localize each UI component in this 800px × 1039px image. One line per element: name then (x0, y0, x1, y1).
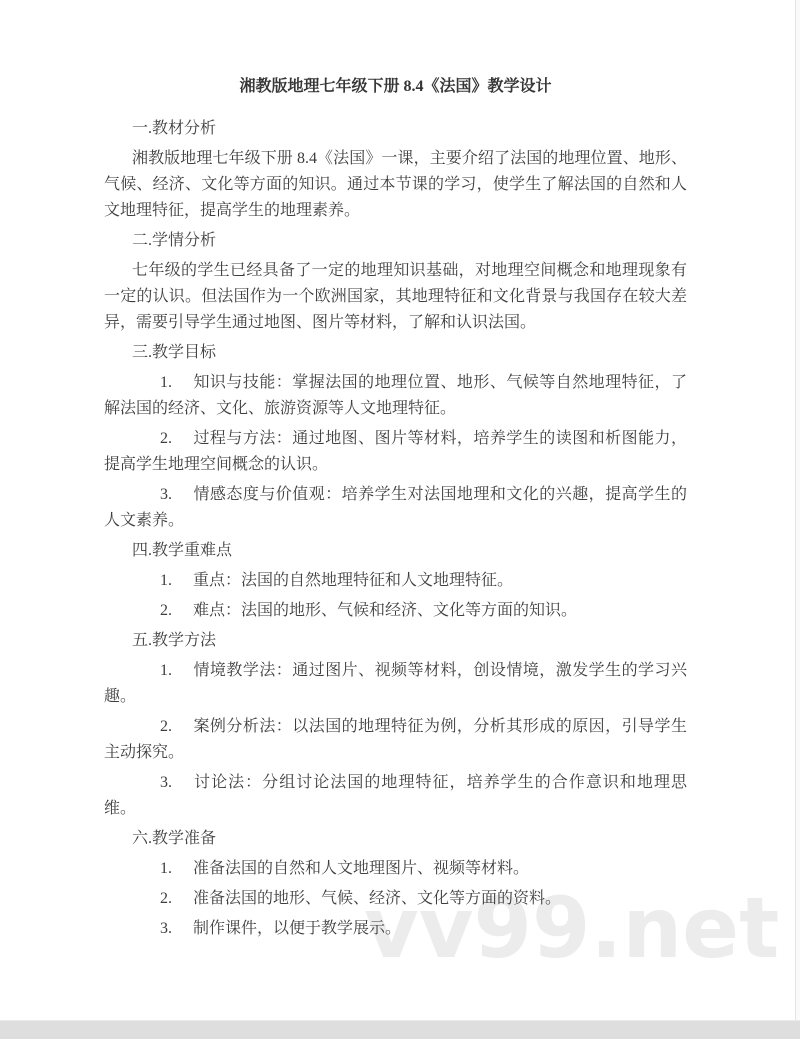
list-item: 3.情感态度与价值观：培养学生对法国地理和文化的兴趣，提高学生的人文素养。 (104, 482, 687, 534)
list-number: 3. (160, 482, 193, 508)
document-page[interactable]: vv99.net 湘教版地理七年级下册 8.4《法国》教学设计 一.教材分析 湘… (0, 0, 796, 1021)
list-number: 3. (160, 916, 193, 942)
section-heading-2: 二.学情分析 (132, 228, 687, 254)
list-item: 1.准备法国的自然和人文地理图片、视频等材料。 (104, 856, 687, 882)
list-item-text: 重点：法国的自然地理特征和人文地理特征。 (193, 572, 513, 589)
paragraph: 湘教版地理七年级下册 8.4《法国》一课，主要介绍了法国的地理位置、地形、气候、… (104, 146, 687, 224)
list-item-text: 难点：法国的地形、气候和经济、文化等方面的知识。 (193, 602, 577, 619)
list-item: 1.知识与技能：掌握法国的地理位置、地形、气候等自然地理特征，了解法国的经济、文… (104, 370, 687, 422)
list-item: 2.准备法国的地形、气候、经济、文化等方面的资料。 (104, 886, 687, 912)
document-title: 湘教版地理七年级下册 8.4《法国》教学设计 (104, 74, 687, 100)
section-heading-4: 四.教学重难点 (132, 538, 687, 564)
document-viewer: vv99.net 湘教版地理七年级下册 8.4《法国》教学设计 一.教材分析 湘… (0, 0, 800, 1039)
list-item: 3.讨论法：分组讨论法国的地理特征，培养学生的合作意识和地理思维。 (104, 770, 687, 822)
list-item: 2.案例分析法：以法国的地理特征为例，分析其形成的原因，引导学生主动探究。 (104, 714, 687, 766)
list-number: 2. (160, 426, 193, 452)
list-number: 1. (160, 568, 193, 594)
list-number: 2. (160, 886, 193, 912)
list-item-text: 制作课件，以便于教学展示。 (193, 920, 401, 937)
section-heading-5: 五.教学方法 (132, 628, 687, 654)
list-item: 2.过程与方法：通过地图、图片等材料，培养学生的读图和析图能力，提高学生地理空间… (104, 426, 687, 478)
list-item: 1.情境教学法：通过图片、视频等材料，创设情境，激发学生的学习兴趣。 (104, 658, 687, 710)
document-content: 湘教版地理七年级下册 8.4《法国》教学设计 一.教材分析 湘教版地理七年级下册… (0, 0, 795, 942)
section-heading-3: 三.教学目标 (132, 340, 687, 366)
list-item: 1.重点：法国的自然地理特征和人文地理特征。 (104, 568, 687, 594)
list-number: 1. (160, 370, 193, 396)
section-heading-6: 六.教学准备 (132, 826, 687, 852)
paragraph: 七年级的学生已经具备了一定的地理知识基础，对地理空间概念和地理现象有一定的认识。… (104, 258, 687, 336)
list-item: 2.难点：法国的地形、气候和经济、文化等方面的知识。 (104, 598, 687, 624)
list-item-text: 准备法国的地形、气候、经济、文化等方面的资料。 (193, 890, 561, 907)
list-item-text: 准备法国的自然和人文地理图片、视频等材料。 (193, 860, 529, 877)
page-bottom-gap (0, 1020, 800, 1039)
list-number: 1. (160, 856, 193, 882)
list-number: 3. (160, 770, 193, 796)
list-number: 2. (160, 714, 193, 740)
section-heading-1: 一.教材分析 (132, 116, 687, 142)
list-number: 2. (160, 598, 193, 624)
list-number: 1. (160, 658, 193, 684)
list-item: 3.制作课件，以便于教学展示。 (104, 916, 687, 942)
